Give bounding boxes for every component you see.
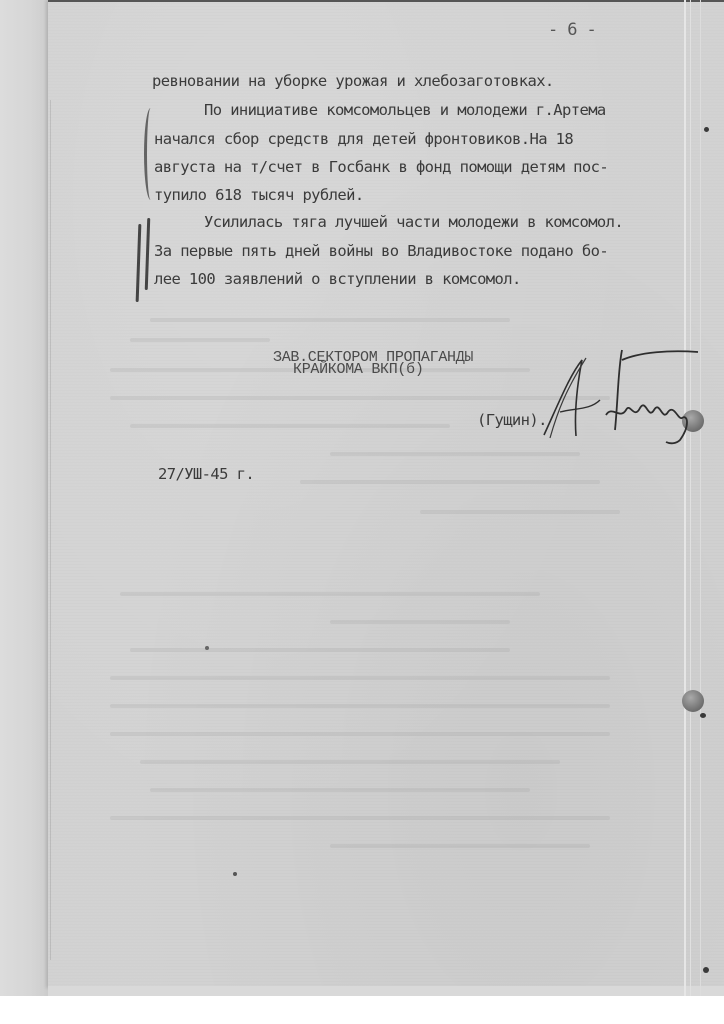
bleed-through xyxy=(110,704,610,708)
bleed-through xyxy=(420,510,620,514)
scanned-document: - 6 - ревновании на уборке урожая и хлеб… xyxy=(0,0,724,1024)
bleed-through xyxy=(150,318,510,322)
text-line: По инициативе комсомольцев и молодежи г.… xyxy=(204,103,606,119)
bleed-through xyxy=(330,452,580,456)
document-date: 27/УШ-45 г. xyxy=(158,467,254,483)
signatory-title: КРАЙКОМА ВКП(б) xyxy=(293,362,424,377)
pencil-bracket-mark xyxy=(144,108,155,200)
text-line: тупило 618 тысяч рублей. xyxy=(154,188,364,204)
bleed-through xyxy=(110,676,610,680)
bleed-through xyxy=(150,788,530,792)
handwritten-signature xyxy=(530,340,710,450)
bleed-through xyxy=(300,480,600,484)
bleed-through xyxy=(130,424,450,428)
binder-hole xyxy=(682,690,704,712)
text-line: лее 100 заявлений о вступлении в комсомо… xyxy=(154,272,521,288)
bleed-through xyxy=(330,844,590,848)
speck xyxy=(703,967,709,973)
bleed-through xyxy=(140,760,560,764)
fold-line xyxy=(684,0,686,996)
speck xyxy=(700,713,706,718)
text-line: ревновании на уборке урожая и хлебозагот… xyxy=(152,74,554,90)
page-bottom-edge xyxy=(48,986,724,996)
text-line: августа на т/счет в Госбанк в фонд помощ… xyxy=(154,160,608,176)
bleed-through xyxy=(130,338,270,342)
fold-line xyxy=(690,0,691,996)
speck xyxy=(205,646,209,650)
speck xyxy=(233,872,237,876)
text-line: За первые пять дней войны во Владивосток… xyxy=(154,244,608,260)
text-line: Усилилась тяга лучшей части молодежи в к… xyxy=(204,215,623,231)
page-number: - 6 - xyxy=(548,22,596,39)
bleed-through xyxy=(330,620,510,624)
bleed-through xyxy=(130,648,510,652)
fold-line xyxy=(700,0,701,996)
bleed-through xyxy=(120,592,540,596)
margin-rule xyxy=(50,100,51,960)
bleed-through xyxy=(110,816,610,820)
bleed-through xyxy=(110,732,610,736)
speck xyxy=(704,127,709,132)
text-line: начался сбор средств для детей фронтовик… xyxy=(154,132,573,148)
